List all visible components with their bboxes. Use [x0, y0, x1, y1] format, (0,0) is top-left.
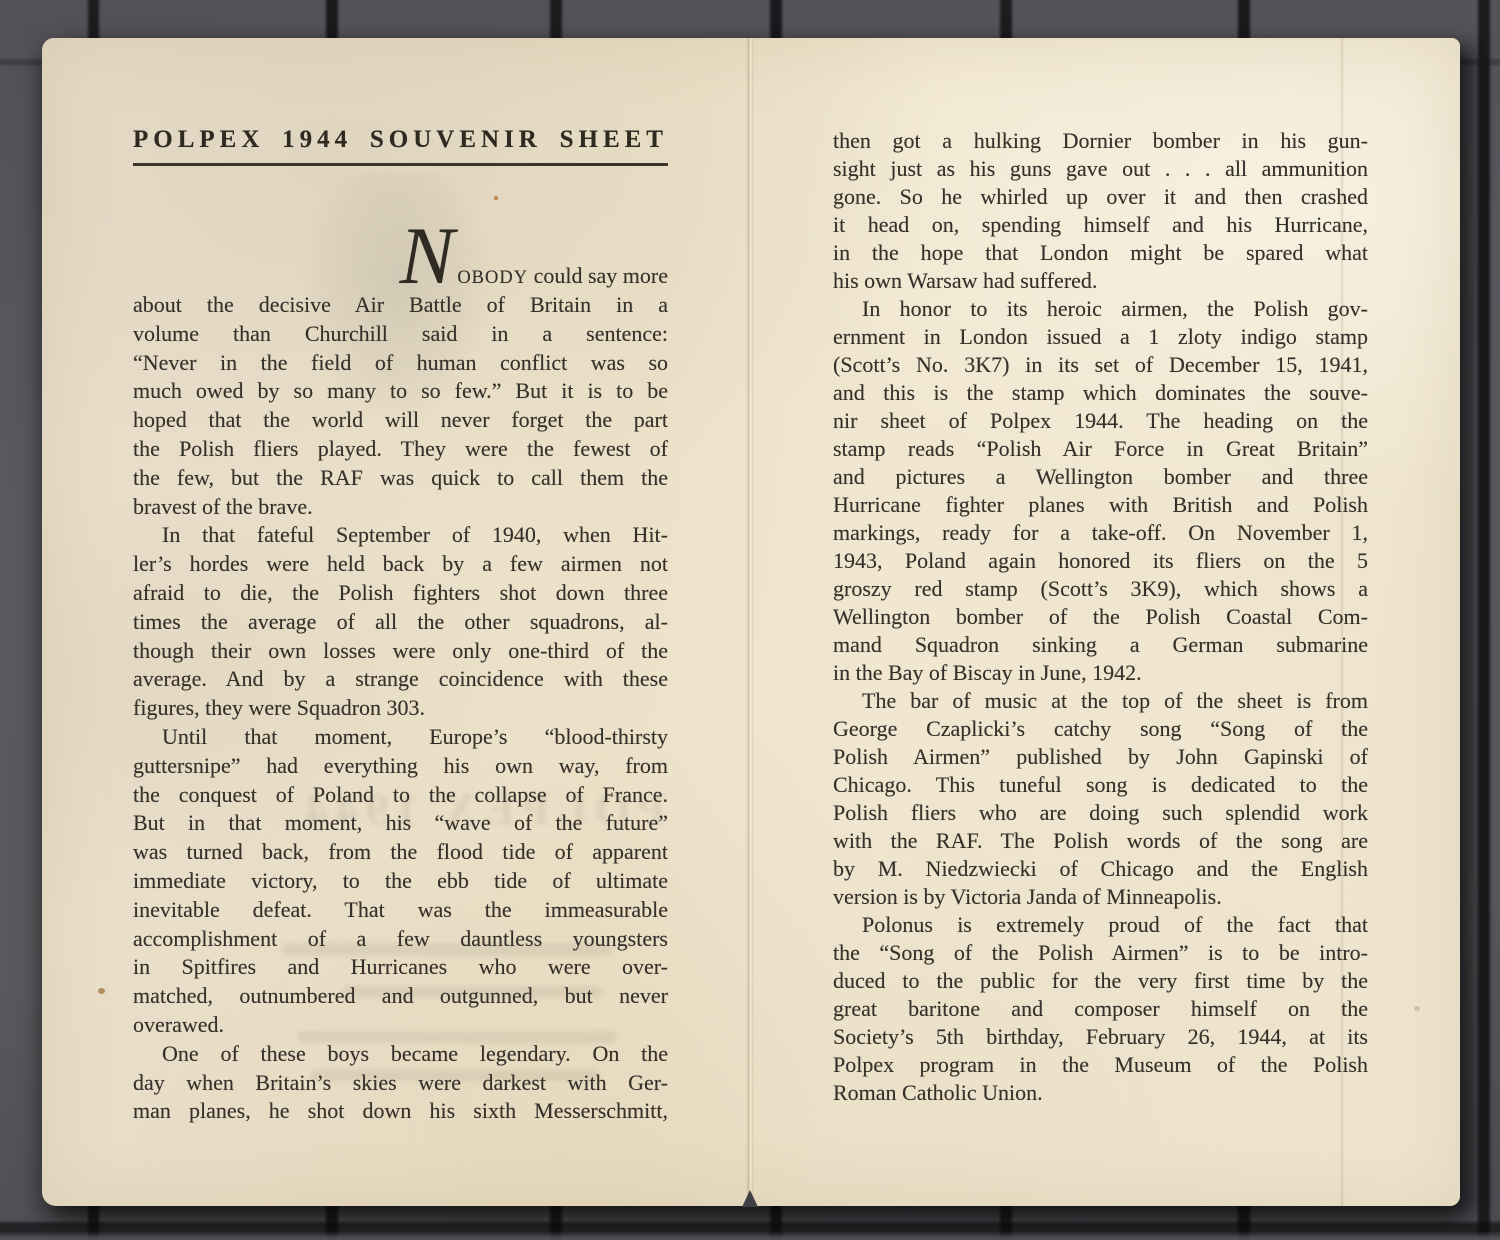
text-line: and this is the stamp which dominates th…: [833, 379, 1368, 407]
text-line: then got a hulking Dornier bomber in his…: [833, 127, 1368, 155]
text-line: markings, ready for a take-off. On Novem…: [833, 519, 1368, 547]
booklet-spread: POLPEX 1944 POLPEX 1944 SOUVENIR SHEET N…: [42, 38, 1460, 1206]
text-line: great baritone and composer himself on t…: [833, 995, 1368, 1023]
wood-table-background: POLPEX 1944 POLPEX 1944 SOUVENIR SHEET N…: [0, 0, 1500, 1240]
paragraph: One of these boys became legendary. On t…: [133, 1040, 668, 1126]
page-left: POLPEX 1944 SOUVENIR SHEET NOBODY could …: [133, 125, 668, 1126]
paragraph: The bar of music at the top of the sheet…: [833, 687, 1368, 911]
text-line: version is by Victoria Janda of Minneapo…: [833, 883, 1368, 911]
text-line: In that fateful September of 1940, when …: [133, 521, 668, 550]
text-line: afraid to die, the Polish fighters shot …: [133, 579, 668, 608]
paragraph: about the decisive Air Battle of Britain…: [133, 291, 668, 521]
text-line: the Polish fliers played. They were the …: [133, 435, 668, 464]
center-fold-crease: [746, 38, 754, 1206]
text-line: Hurricane fighter planes with British an…: [833, 491, 1368, 519]
opening-rest: could say more: [528, 262, 668, 291]
text-line: about the decisive Air Battle of Britain…: [133, 291, 668, 320]
text-line: duced to the public for the very first t…: [833, 967, 1368, 995]
text-line: One of these boys became legendary. On t…: [133, 1040, 668, 1069]
text-line: matched, outnumbered and outgunned, but …: [133, 982, 668, 1011]
text-line: George Czaplicki’s catchy song “Song of …: [833, 715, 1368, 743]
text-line: times the average of all the other squad…: [133, 608, 668, 637]
text-line: it head on, spending himself and his Hur…: [833, 211, 1368, 239]
text-line: ernment in London issued a 1 zloty indig…: [833, 323, 1368, 351]
text-line: Roman Catholic Union.: [833, 1079, 1368, 1107]
text-line: 1943, Poland again honored its fliers on…: [833, 547, 1368, 575]
text-line: Society’s 5th birthday, February 26, 194…: [833, 1023, 1368, 1051]
text-line: accomplishment of a few dauntless youngs…: [133, 925, 668, 954]
text-line: day when Britain’s skies were darkest wi…: [133, 1069, 668, 1098]
text-line: Polish fliers who are doing such splendi…: [833, 799, 1368, 827]
text-line: though their own losses were only one-th…: [133, 637, 668, 666]
text-line: sight just as his guns gave out . . . al…: [833, 155, 1368, 183]
text-line: with the RAF. The Polish words of the so…: [833, 827, 1368, 855]
text-line: his own Warsaw had suffered.: [833, 267, 1368, 295]
text-line: man planes, he shot down his sixth Messe…: [133, 1097, 668, 1126]
paragraph: then got a hulking Dornier bomber in his…: [833, 127, 1368, 295]
text-line: In honor to its heroic airmen, the Polis…: [833, 295, 1368, 323]
text-line: figures, they were Squadron 303.: [133, 694, 668, 723]
text-line: The bar of music at the top of the sheet…: [833, 687, 1368, 715]
text-line: But in that moment, his “wave of the fut…: [133, 809, 668, 838]
text-line: stamp reads “Polish Air Force in Great B…: [833, 435, 1368, 463]
foxing-speck: [98, 988, 105, 994]
text-line: inevitable defeat. That was the immeasur…: [133, 896, 668, 925]
text-line: in the hope that London might be spared …: [833, 239, 1368, 267]
text-line: Chicago. This tuneful song is dedicated …: [833, 771, 1368, 799]
paragraph: Until that moment, Europe’s “blood-thirs…: [133, 723, 668, 1040]
paragraph: Polonus is extremely proud of the fact t…: [833, 911, 1368, 1107]
text-line: gone. So he whirled up over it and then …: [833, 183, 1368, 211]
text-line: the few, but the RAF was quick to call t…: [133, 464, 668, 493]
page-title: POLPEX 1944 SOUVENIR SHEET: [133, 125, 668, 166]
bottom-fold-notch: [742, 1190, 758, 1207]
text-line: (Scott’s No. 3K7) in its set of December…: [833, 351, 1368, 379]
text-line: was turned back, from the flood tide of …: [133, 838, 668, 867]
text-line: overawed.: [133, 1011, 668, 1040]
text-line: mand Squadron sinking a German submarine: [833, 631, 1368, 659]
paragraph: In honor to its heroic airmen, the Polis…: [833, 295, 1368, 687]
text-line: Wellington bomber of the Polish Coastal …: [833, 603, 1368, 631]
text-line: groszy red stamp (Scott’s 3K9), which sh…: [833, 575, 1368, 603]
text-line: “Never in the field of human conflict wa…: [133, 349, 668, 378]
text-line: guttersnipe” had everything his own way,…: [133, 752, 668, 781]
text-line: much owed by so many to so few.” But it …: [133, 377, 668, 406]
foxing-speck: [1414, 1006, 1420, 1011]
opening-smallcaps: OBODY: [457, 264, 528, 293]
text-line: Polpex program in the Museum of the Poli…: [833, 1051, 1368, 1079]
text-line: in the Bay of Biscay in June, 1942.: [833, 659, 1368, 687]
text-line: the conquest of Poland to the collapse o…: [133, 781, 668, 810]
text-line: by M. Niedzwiecki of Chicago and the Eng…: [833, 855, 1368, 883]
paragraph: In that fateful September of 1940, when …: [133, 521, 668, 723]
text-line: Until that moment, Europe’s “blood-thirs…: [133, 723, 668, 752]
text-line: average. And by a strange coincidence wi…: [133, 665, 668, 694]
text-line: in Spitfires and Hurricanes who were ove…: [133, 953, 668, 982]
text-line: and pictures a Wellington bomber and thr…: [833, 463, 1368, 491]
text-line: immediate victory, to the ebb tide of ul…: [133, 867, 668, 896]
drop-cap-initial: N: [400, 227, 458, 285]
text-line: bravest of the brave.: [133, 493, 668, 522]
opening-line: NOBODY could say more: [133, 213, 668, 291]
text-line: volume than Churchill said in a sentence…: [133, 320, 668, 349]
text-line: Polish Airmen” published by John Gapinsk…: [833, 743, 1368, 771]
text-line: ler’s hordes were held back by a few air…: [133, 550, 668, 579]
text-line: nir sheet of Polpex 1944. The heading on…: [833, 407, 1368, 435]
text-line: the “Song of the Polish Airmen” is to be…: [833, 939, 1368, 967]
page-right: then got a hulking Dornier bomber in his…: [833, 127, 1368, 1107]
text-line: Polonus is extremely proud of the fact t…: [833, 911, 1368, 939]
text-line: hoped that the world will never forget t…: [133, 406, 668, 435]
